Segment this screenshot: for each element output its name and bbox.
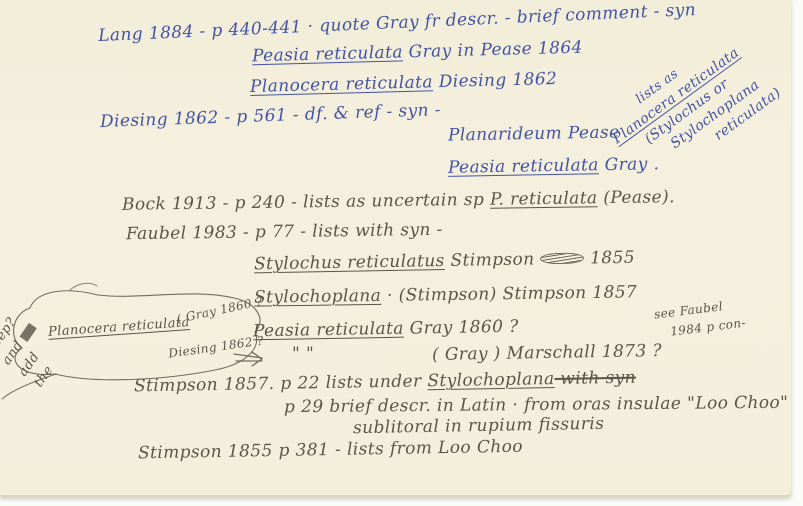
species-stylochus-reticulatus: Stylochus reticulatus — [254, 251, 445, 274]
line-peasia-1860-rest: Gray 1860 ? — [404, 317, 519, 339]
crossed-out-with-syn: with syn — [554, 368, 636, 389]
species-peasia-reticulata: Peasia reticulata — [252, 42, 403, 66]
species-peasia-reticulata-3: Peasia reticulata — [253, 319, 404, 342]
line-stylochoplana-rest: · (Stimpson) Stimpson 1857 — [381, 282, 637, 306]
line-planarideum: Planarideum Pease — [448, 123, 620, 146]
species-peasia-reticulata-2: Peasia reticulata — [448, 155, 599, 178]
ditto-marks: " " — [292, 344, 314, 364]
line-peasia-gray: Peasia reticulata Gray . — [448, 154, 660, 178]
line-stylochus-mid: Stimpson — [445, 249, 541, 271]
line-peasia-gray-rest: Gray . — [599, 154, 660, 175]
scanned-card-page: Lang 1884 - p 440-441 · quote Gray fr de… — [0, 0, 803, 506]
species-p-reticulata: P. reticulata — [490, 188, 598, 209]
species-stylochoplana: Stylochoplana — [254, 286, 381, 308]
line-planocera-1862-rest: Diesing 1862 — [433, 69, 558, 92]
keep-scribble: ███ — [20, 324, 36, 342]
line-bock-post: (Pease). — [597, 187, 675, 208]
species-stylochoplana-2: Stylochoplana — [427, 369, 555, 391]
line-marschall-1873: ( Gray ) Marschall 1873 ? — [432, 341, 662, 365]
line-stylochus-year: 1855 — [584, 248, 635, 269]
crossed-out-word — [540, 253, 584, 265]
